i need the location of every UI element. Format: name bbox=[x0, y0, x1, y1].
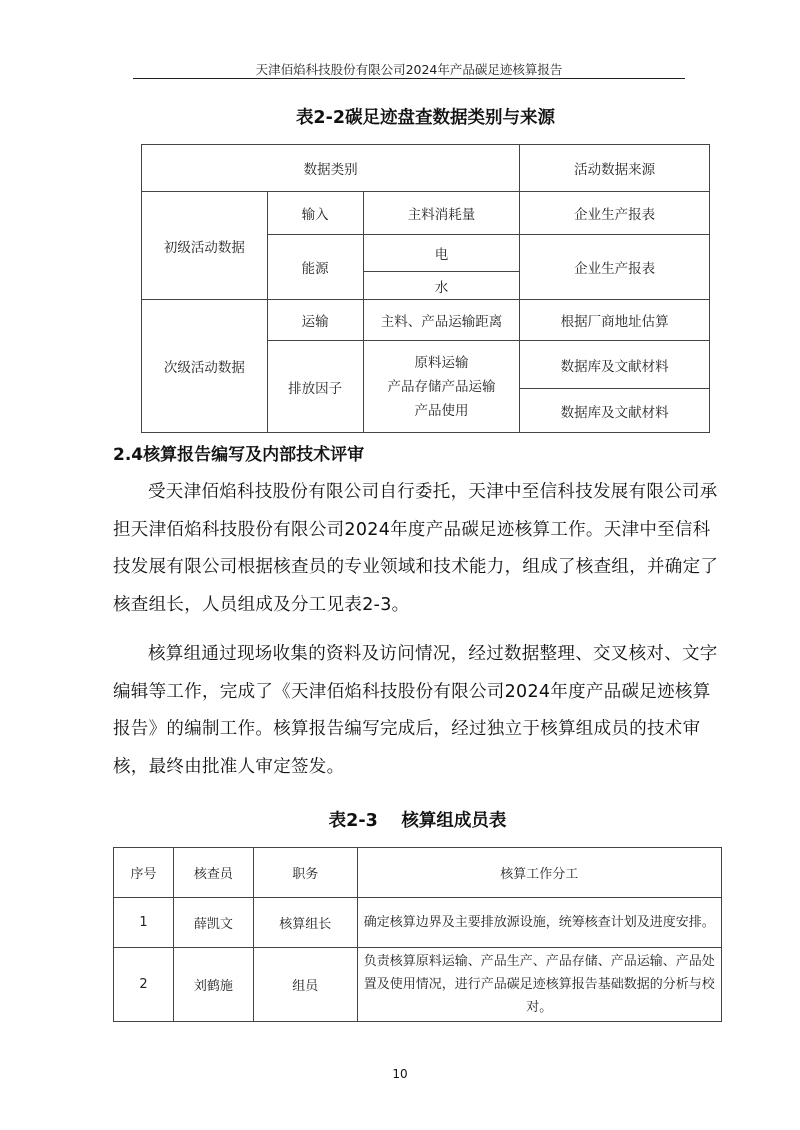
source-input: 企业生产报表 bbox=[520, 192, 710, 235]
page-header: 天津佰焰科技股份有限公司2024年产品碳足迹核算报告 bbox=[133, 60, 685, 78]
item-product-use: 产品使用 bbox=[368, 399, 516, 423]
type-transport: 运输 bbox=[267, 300, 363, 341]
table-2-2-caption: 表2-2碳足迹盘查数据类别与来源 bbox=[141, 104, 710, 129]
header-data-category: 数据类别 bbox=[142, 145, 520, 192]
item-storage-transport: 产品存储产品运输 bbox=[368, 375, 516, 399]
group-primary: 初级活动数据 bbox=[142, 192, 268, 300]
source-database-1: 数据库及文献材料 bbox=[520, 341, 710, 389]
type-emission-factor: 排放因子 bbox=[267, 341, 363, 433]
header-data-source: 活动数据来源 bbox=[520, 145, 710, 192]
item-transport-distance: 主料、产品运输距离 bbox=[363, 300, 520, 341]
group-secondary: 次级活动数据 bbox=[142, 300, 268, 433]
source-transport: 根据厂商地址估算 bbox=[520, 300, 710, 341]
item-raw-transport: 原料运输 bbox=[368, 351, 516, 375]
header-index: 序号 bbox=[114, 848, 174, 898]
source-energy: 企业生产报表 bbox=[520, 235, 710, 300]
type-energy: 能源 bbox=[267, 235, 363, 300]
table-2-3-caption: 表2-3 核算组成员表 bbox=[113, 807, 722, 832]
source-database-2: 数据库及文献材料 bbox=[520, 389, 710, 433]
header-divider bbox=[133, 78, 685, 79]
cell-index: 1 bbox=[114, 898, 174, 948]
item-electricity: 电 bbox=[363, 235, 520, 272]
paragraph-1: 受天津佰焰科技股份有限公司自行委托，天津中至信科技发展有限公司承担天津佰焰科技股… bbox=[113, 474, 723, 624]
cell-index: 2 bbox=[114, 948, 174, 1022]
section-heading: 2.4核算报告编写及内部技术评审 bbox=[113, 440, 364, 465]
table-row: 1 薛凯文 核算组长 确定核算边界及主要排放源设施，统筹核查计划及进度安排。 bbox=[114, 898, 722, 948]
header-duty: 核算工作分工 bbox=[357, 848, 721, 898]
page-number: 10 bbox=[0, 1067, 800, 1081]
cell-auditor: 薛凯文 bbox=[173, 898, 253, 948]
header-auditor: 核查员 bbox=[173, 848, 253, 898]
cell-duty: 确定核算边界及主要排放源设施，统筹核查计划及进度安排。 bbox=[357, 898, 721, 948]
cell-auditor: 刘鹤施 bbox=[173, 948, 253, 1022]
table-row: 2 刘鹤施 组员 负责核算原料运输、产品生产、产品存储、产品运输、产品处置及使用… bbox=[114, 948, 722, 1022]
emission-factor-items: 原料运输 产品存储产品运输 产品使用 bbox=[363, 341, 520, 433]
type-input: 输入 bbox=[267, 192, 363, 235]
item-water: 水 bbox=[363, 272, 520, 300]
table-2-3: 序号 核查员 职务 核算工作分工 1 薛凯文 核算组长 确定核算边界及主要排放源… bbox=[113, 847, 722, 1022]
paragraph-2: 核算组通过现场收集的资料及访问情况，经过数据整理、交叉核对、文字编辑等工作，完成… bbox=[113, 636, 723, 786]
cell-role: 核算组长 bbox=[253, 898, 357, 948]
item-main-material: 主料消耗量 bbox=[363, 192, 520, 235]
header-role: 职务 bbox=[253, 848, 357, 898]
cell-duty: 负责核算原料运输、产品生产、产品存储、产品运输、产品处置及使用情况，进行产品碳足… bbox=[357, 948, 721, 1022]
cell-role: 组员 bbox=[253, 948, 357, 1022]
table-2-2: 数据类别 活动数据来源 初级活动数据 输入 主料消耗量 企业生产报表 能源 电 … bbox=[141, 144, 710, 433]
